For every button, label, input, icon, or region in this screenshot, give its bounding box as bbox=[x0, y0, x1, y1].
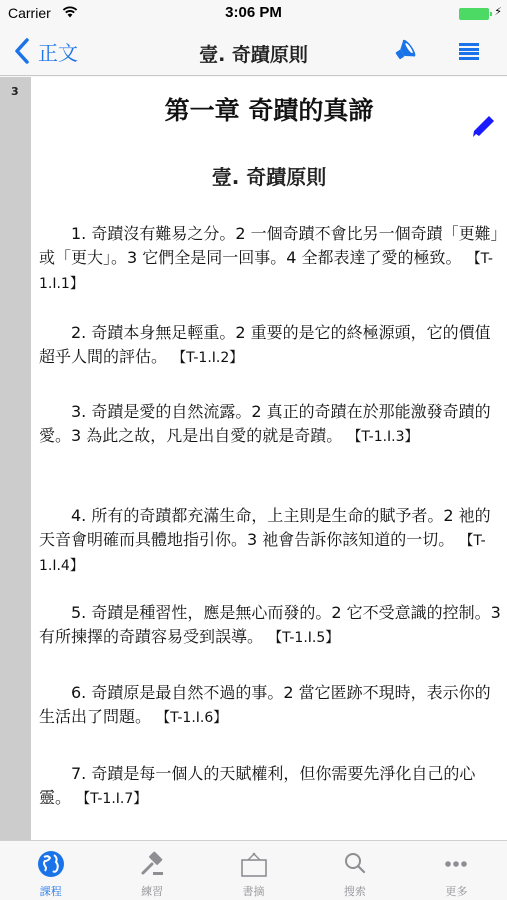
tab-label: 課程 bbox=[40, 883, 62, 899]
back-button[interactable]: 正文 bbox=[12, 36, 78, 66]
menu-line bbox=[459, 43, 479, 46]
page-number: 3 bbox=[11, 85, 19, 98]
tab-label: 書摘 bbox=[243, 883, 265, 899]
tab-course[interactable]: 課程 bbox=[0, 841, 101, 900]
paragraph: 3. 奇蹟是愛的自然流露。2 真正的奇蹟在於那能激發奇蹟的愛。3 為此之故，凡是… bbox=[39, 400, 501, 449]
status-time: 3:06 PM bbox=[0, 4, 507, 21]
tab-label: 練習 bbox=[141, 883, 163, 899]
paragraph-text: 6. 奇蹟原是最自然不過的事。2 當它匿跡不現時，表示你的生活出了問題。 bbox=[39, 683, 491, 726]
paragraph: 6. 奇蹟原是最自然不過的事。2 當它匿跡不現時，表示你的生活出了問題。 【T-… bbox=[39, 681, 501, 730]
paragraph-reference[interactable]: 【T-1.I.5】 bbox=[268, 630, 339, 646]
tab-bar: 課程 練習 書摘 搜索 更多 bbox=[0, 840, 507, 900]
back-label: 正文 bbox=[38, 37, 78, 66]
paragraph-reference[interactable]: 【T-1.I.3】 bbox=[347, 429, 418, 445]
tab-practice[interactable]: 練習 bbox=[101, 841, 202, 900]
nav-bar: 正文 壹. 奇蹟原則 bbox=[0, 28, 507, 76]
menu-line bbox=[459, 48, 479, 51]
pen-icon[interactable] bbox=[469, 113, 497, 141]
list-menu-button[interactable] bbox=[459, 43, 479, 60]
battery-tip bbox=[490, 12, 492, 16]
speaker-icon[interactable] bbox=[392, 38, 418, 64]
section-title: 壹. 奇蹟原則 bbox=[31, 161, 507, 190]
tab-excerpts[interactable]: 書摘 bbox=[203, 841, 304, 900]
globe-icon bbox=[36, 849, 66, 879]
status-bar: Carrier 3:06 PM ⚡ bbox=[0, 0, 507, 28]
paragraph-text: 4. 所有的奇蹟都充滿生命，上主則是生命的賦予者。2 祂的天音會明確而具體地指引… bbox=[39, 506, 491, 549]
tab-label: 更多 bbox=[445, 883, 467, 899]
paragraph-text: 2. 奇蹟本身無足輕重。2 重要的是它的終極源頭，它的價值超乎人間的評估。 bbox=[39, 323, 491, 366]
reading-content[interactable]: 第一章 奇蹟的真諦 壹. 奇蹟原則 1. 奇蹟沒有難易之分。2 一個奇蹟不會比另… bbox=[31, 77, 507, 840]
paragraph-reference[interactable]: 【T-1.I.2】 bbox=[172, 350, 243, 366]
chevron-left-icon bbox=[12, 36, 34, 66]
battery-icon bbox=[459, 8, 489, 20]
paragraph-reference[interactable]: 【T-1.I.7】 bbox=[76, 791, 147, 807]
paragraph: 7. 奇蹟是每一個人的天賦權利，但你需要先淨化自己的心靈。 【T-1.I.7】 bbox=[39, 762, 501, 811]
chapter-title: 第一章 奇蹟的真諦 bbox=[31, 91, 507, 127]
charging-icon: ⚡ bbox=[494, 5, 502, 18]
paragraph: 2. 奇蹟本身無足輕重。2 重要的是它的終極源頭，它的價值超乎人間的評估。 【T… bbox=[39, 321, 501, 370]
page-gutter bbox=[0, 77, 31, 840]
paragraph: 1. 奇蹟沒有難易之分。2 一個奇蹟不會比另一個奇蹟「更難」或「更大」。3 它們… bbox=[39, 222, 501, 296]
menu-line bbox=[459, 52, 479, 55]
paragraph-text: 3. 奇蹟是愛的自然流露。2 真正的奇蹟在於那能激發奇蹟的愛。3 為此之故，凡是… bbox=[39, 402, 491, 445]
search-icon bbox=[340, 849, 370, 879]
tab-more[interactable]: 更多 bbox=[406, 841, 507, 900]
tab-label: 搜索 bbox=[344, 883, 366, 899]
paragraph: 5. 奇蹟是種習性，應是無心而發的。2 它不受意識的控制。3 有所揀擇的奇蹟容易… bbox=[39, 601, 501, 650]
paragraph-reference[interactable]: 【T-1.I.6】 bbox=[156, 710, 227, 726]
paragraph-text: 1. 奇蹟沒有難易之分。2 一個奇蹟不會比另一個奇蹟「更難」或「更大」。3 它們… bbox=[39, 224, 499, 267]
tab-search[interactable]: 搜索 bbox=[304, 841, 405, 900]
more-icon bbox=[441, 849, 471, 879]
paragraph: 4. 所有的奇蹟都充滿生命，上主則是生命的賦予者。2 祂的天音會明確而具體地指引… bbox=[39, 504, 501, 578]
frame-icon bbox=[239, 849, 269, 879]
menu-line bbox=[459, 57, 479, 60]
gavel-icon bbox=[137, 849, 167, 879]
